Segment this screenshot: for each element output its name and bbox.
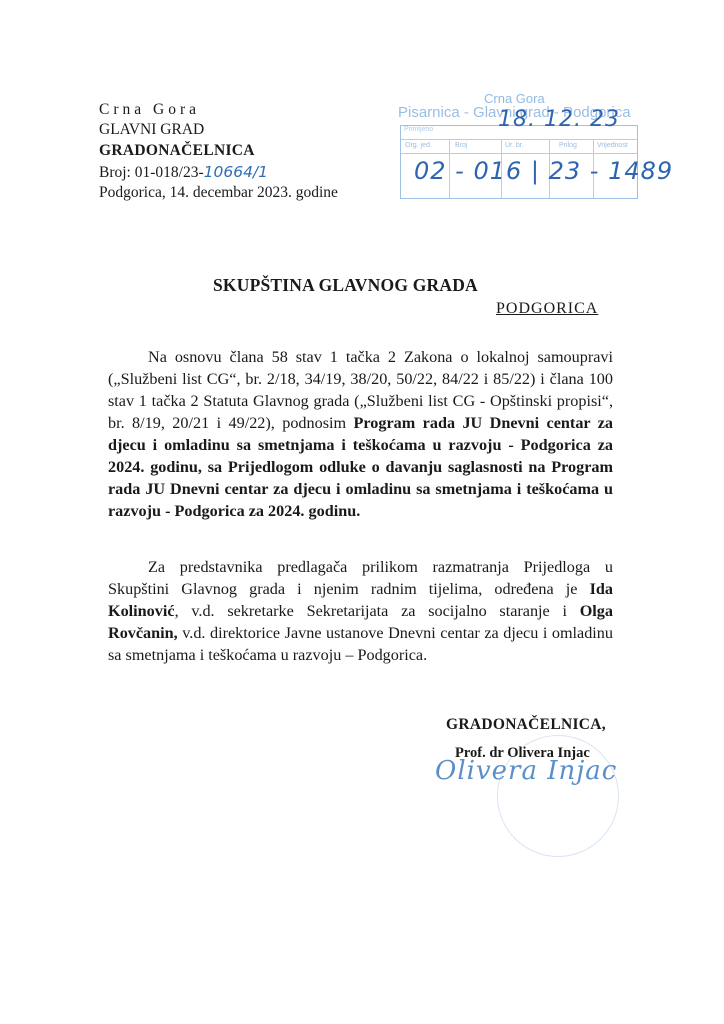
reference-number: Broj: 01-018/23-10664/1 bbox=[99, 162, 268, 183]
office-name: GRADONAČELNICA bbox=[99, 141, 255, 161]
stamp-number-handwritten: 02 - 016 | 23 - 1489 bbox=[414, 157, 673, 185]
text-run: v.d. direktorice Javne ustanove Dnevni c… bbox=[108, 624, 613, 664]
country-name: Crna Gora bbox=[99, 100, 200, 120]
stamp-column-header: Vrijednost bbox=[597, 142, 628, 149]
stamp-column-header: Ur. br. bbox=[505, 142, 524, 149]
text-run: , v.d. sekretarke Sekretarijata za socij… bbox=[175, 602, 580, 620]
addressee-title: SKUPŠTINA GLAVNOG GRADA bbox=[213, 275, 478, 296]
body-paragraph-1: Na osnovu člana 58 stav 1 tačka 2 Zakona… bbox=[108, 346, 613, 522]
text-run: Za predstavnika predlagača prilikom razm… bbox=[108, 558, 613, 598]
stamp-column-header: Prilog bbox=[559, 142, 577, 149]
registry-stamp: Crna Gora Pisarnica - Glavni grad - Podg… bbox=[398, 91, 640, 203]
reference-handwritten: 10664/1 bbox=[204, 163, 268, 181]
addressee-city: PODGORICA bbox=[496, 300, 598, 318]
body-paragraph-2: Za predstavnika predlagača prilikom razm… bbox=[108, 556, 613, 666]
stamp-column-header: Org. jed. bbox=[405, 142, 432, 149]
stamp-date-handwritten: 18. 12. 23 bbox=[498, 107, 620, 132]
city-label: GLAVNI GRAD bbox=[99, 120, 204, 140]
signatory-title: GRADONAČELNICA, bbox=[446, 716, 606, 734]
reference-prefix: Broj: 01-018/23- bbox=[99, 164, 204, 181]
stamp-column-header: Broj bbox=[455, 142, 467, 149]
place-date: Podgorica, 14. decembar 2023. godine bbox=[99, 183, 338, 203]
handwritten-signature: Olivera Injac bbox=[435, 756, 617, 786]
